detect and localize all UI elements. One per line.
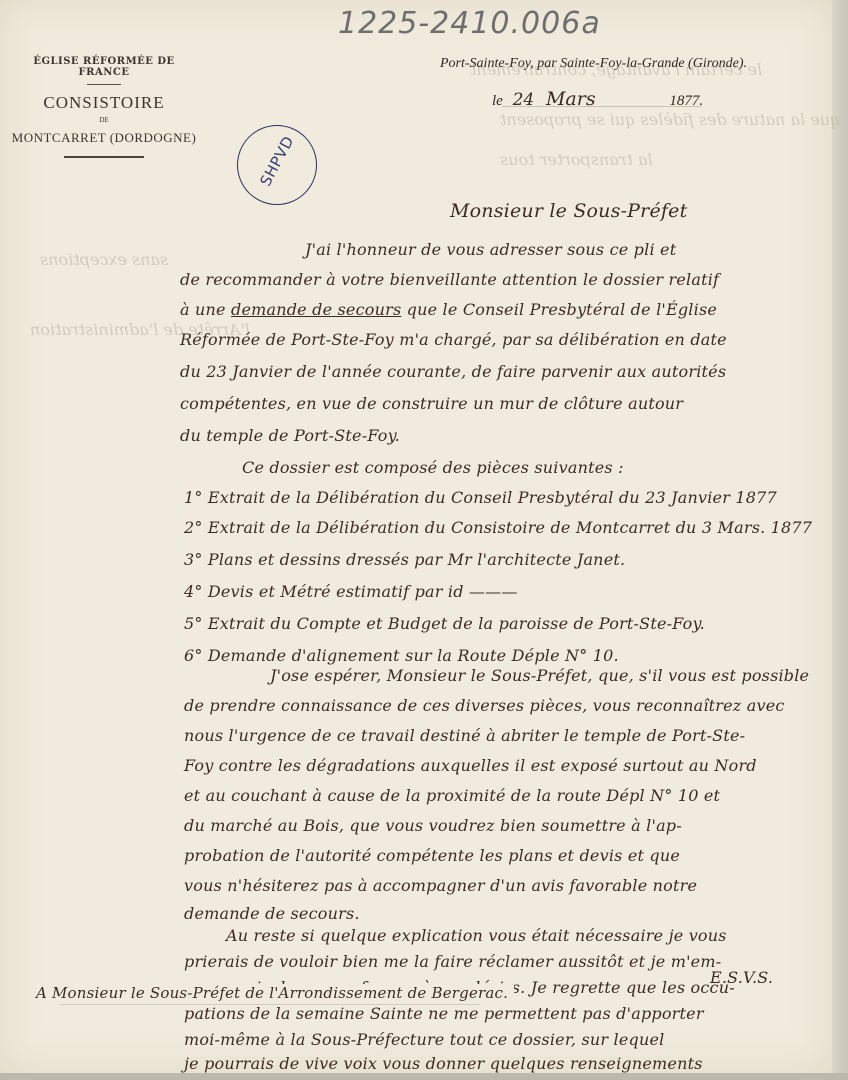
body-line: compétentes, en vue de construire un mur… [180, 394, 683, 413]
dossier-item: 2° Extrait de la Délibération du Consist… [184, 518, 812, 537]
body-line: Au reste si quelque explication vous éta… [226, 926, 727, 945]
bleed-through-text: sans exceptions [40, 250, 168, 269]
addressee: A Monsieur le Sous-Préfet de l'Arrondiss… [36, 984, 514, 1002]
date-year: 1877. [669, 93, 703, 109]
sender-place: Port-Sainte-Foy, par Sainte-Foy-la-Grand… [440, 56, 747, 72]
body-line: pations de la semaine Sainte ne me perme… [184, 1004, 704, 1023]
body-text: à une [180, 300, 226, 319]
body-line: Foy contre les dégradations auxquelles i… [184, 756, 757, 775]
body-line: J'ai l'honneur de vous adresser sous ce … [305, 240, 676, 259]
dossier-item: 5° Extrait du Compte et Budget de la par… [184, 614, 705, 633]
date-le: le [492, 93, 503, 109]
letterhead-place: MONTCARRET (DORDOGNE) [6, 130, 202, 146]
dossier-item: 1° Extrait de la Délibération du Conseil… [184, 488, 777, 507]
letterhead-church: ÉGLISE RÉFORMÉE DE FRANCE [6, 56, 202, 78]
dossier-item: 3° Plans et dessins dressés par Mr l'arc… [184, 550, 625, 569]
dossier-item: 6° Demande d'alignement sur la Route Dép… [184, 646, 619, 665]
date-day: 24 [513, 90, 535, 110]
archive-reference: 1225-2410.006a [338, 6, 601, 41]
bleed-through-text: la transporter tous [500, 150, 653, 169]
dossier-item: 4° Devis et Métré estimatif par id ——— [184, 582, 518, 601]
archive-stamp: SHPVD [237, 125, 317, 205]
body-line: J'ose espérer, Monsieur le Sous-Préfet, … [270, 666, 809, 685]
body-line: du 23 Janvier de l'année courante, de fa… [180, 362, 726, 381]
letterhead-de: DE [6, 116, 202, 124]
letterhead-consistoire: CONSISTOIRE [6, 93, 202, 113]
body-line: du temple de Port-Ste-Foy. [180, 426, 400, 445]
dossier-intro: Ce dossier est composé des pièces suivan… [242, 458, 624, 477]
body-line: à une demande de secours que le Conseil … [180, 300, 717, 319]
paper-edge [0, 1073, 848, 1080]
body-text: que le Conseil Presbytéral de l'Église [407, 300, 717, 319]
body-line: probation de l'autorité compétente les p… [184, 846, 680, 865]
paper-edge [832, 0, 848, 1080]
body-line: prierais de vouloir bien me la faire réc… [184, 952, 721, 971]
stamp-text: SHPVD [254, 129, 299, 192]
closing-initials: E.S.V.S. [710, 968, 773, 987]
body-line: je pourrais de vive voix vous donner que… [184, 1054, 703, 1073]
date-month: Mars [546, 88, 596, 110]
body-line: Réformée de Port-Ste-Foy m'a chargé, par… [180, 330, 727, 349]
body-line: demande de secours. [184, 904, 360, 923]
salutation: Monsieur le Sous-Préfet [450, 200, 687, 222]
body-line: moi-même à la Sous-Préfecture tout ce do… [184, 1030, 664, 1049]
body-line: et au couchant à cause de la proximité d… [184, 786, 720, 805]
sender-region: , par Sainte-Foy-la-Grande (Gironde). [530, 56, 747, 71]
addressee-rule [60, 1004, 480, 1005]
body-line: de recommander à votre bienveillante att… [180, 270, 719, 289]
letterhead: ÉGLISE RÉFORMÉE DE FRANCE CONSISTOIRE DE… [6, 56, 202, 158]
body-line: vous n'hésiterez pas à accompagner d'un … [184, 876, 697, 895]
underlined-request: demande de secours [231, 300, 401, 319]
ornament-divider [64, 156, 144, 158]
divider [87, 84, 121, 85]
sender-town: Port-Sainte-Foy [440, 56, 530, 71]
body-line: nous l'urgence de ce travail destiné à a… [184, 726, 745, 745]
body-line: de prendre connaissance de ces diverses … [184, 696, 785, 715]
date-line: le 24 Mars 1877. [492, 88, 703, 110]
body-line: du marché au Bois, que vous voudrez bien… [184, 816, 682, 835]
bleed-through-text: que la nature des fidèles qui se propose… [500, 110, 840, 129]
